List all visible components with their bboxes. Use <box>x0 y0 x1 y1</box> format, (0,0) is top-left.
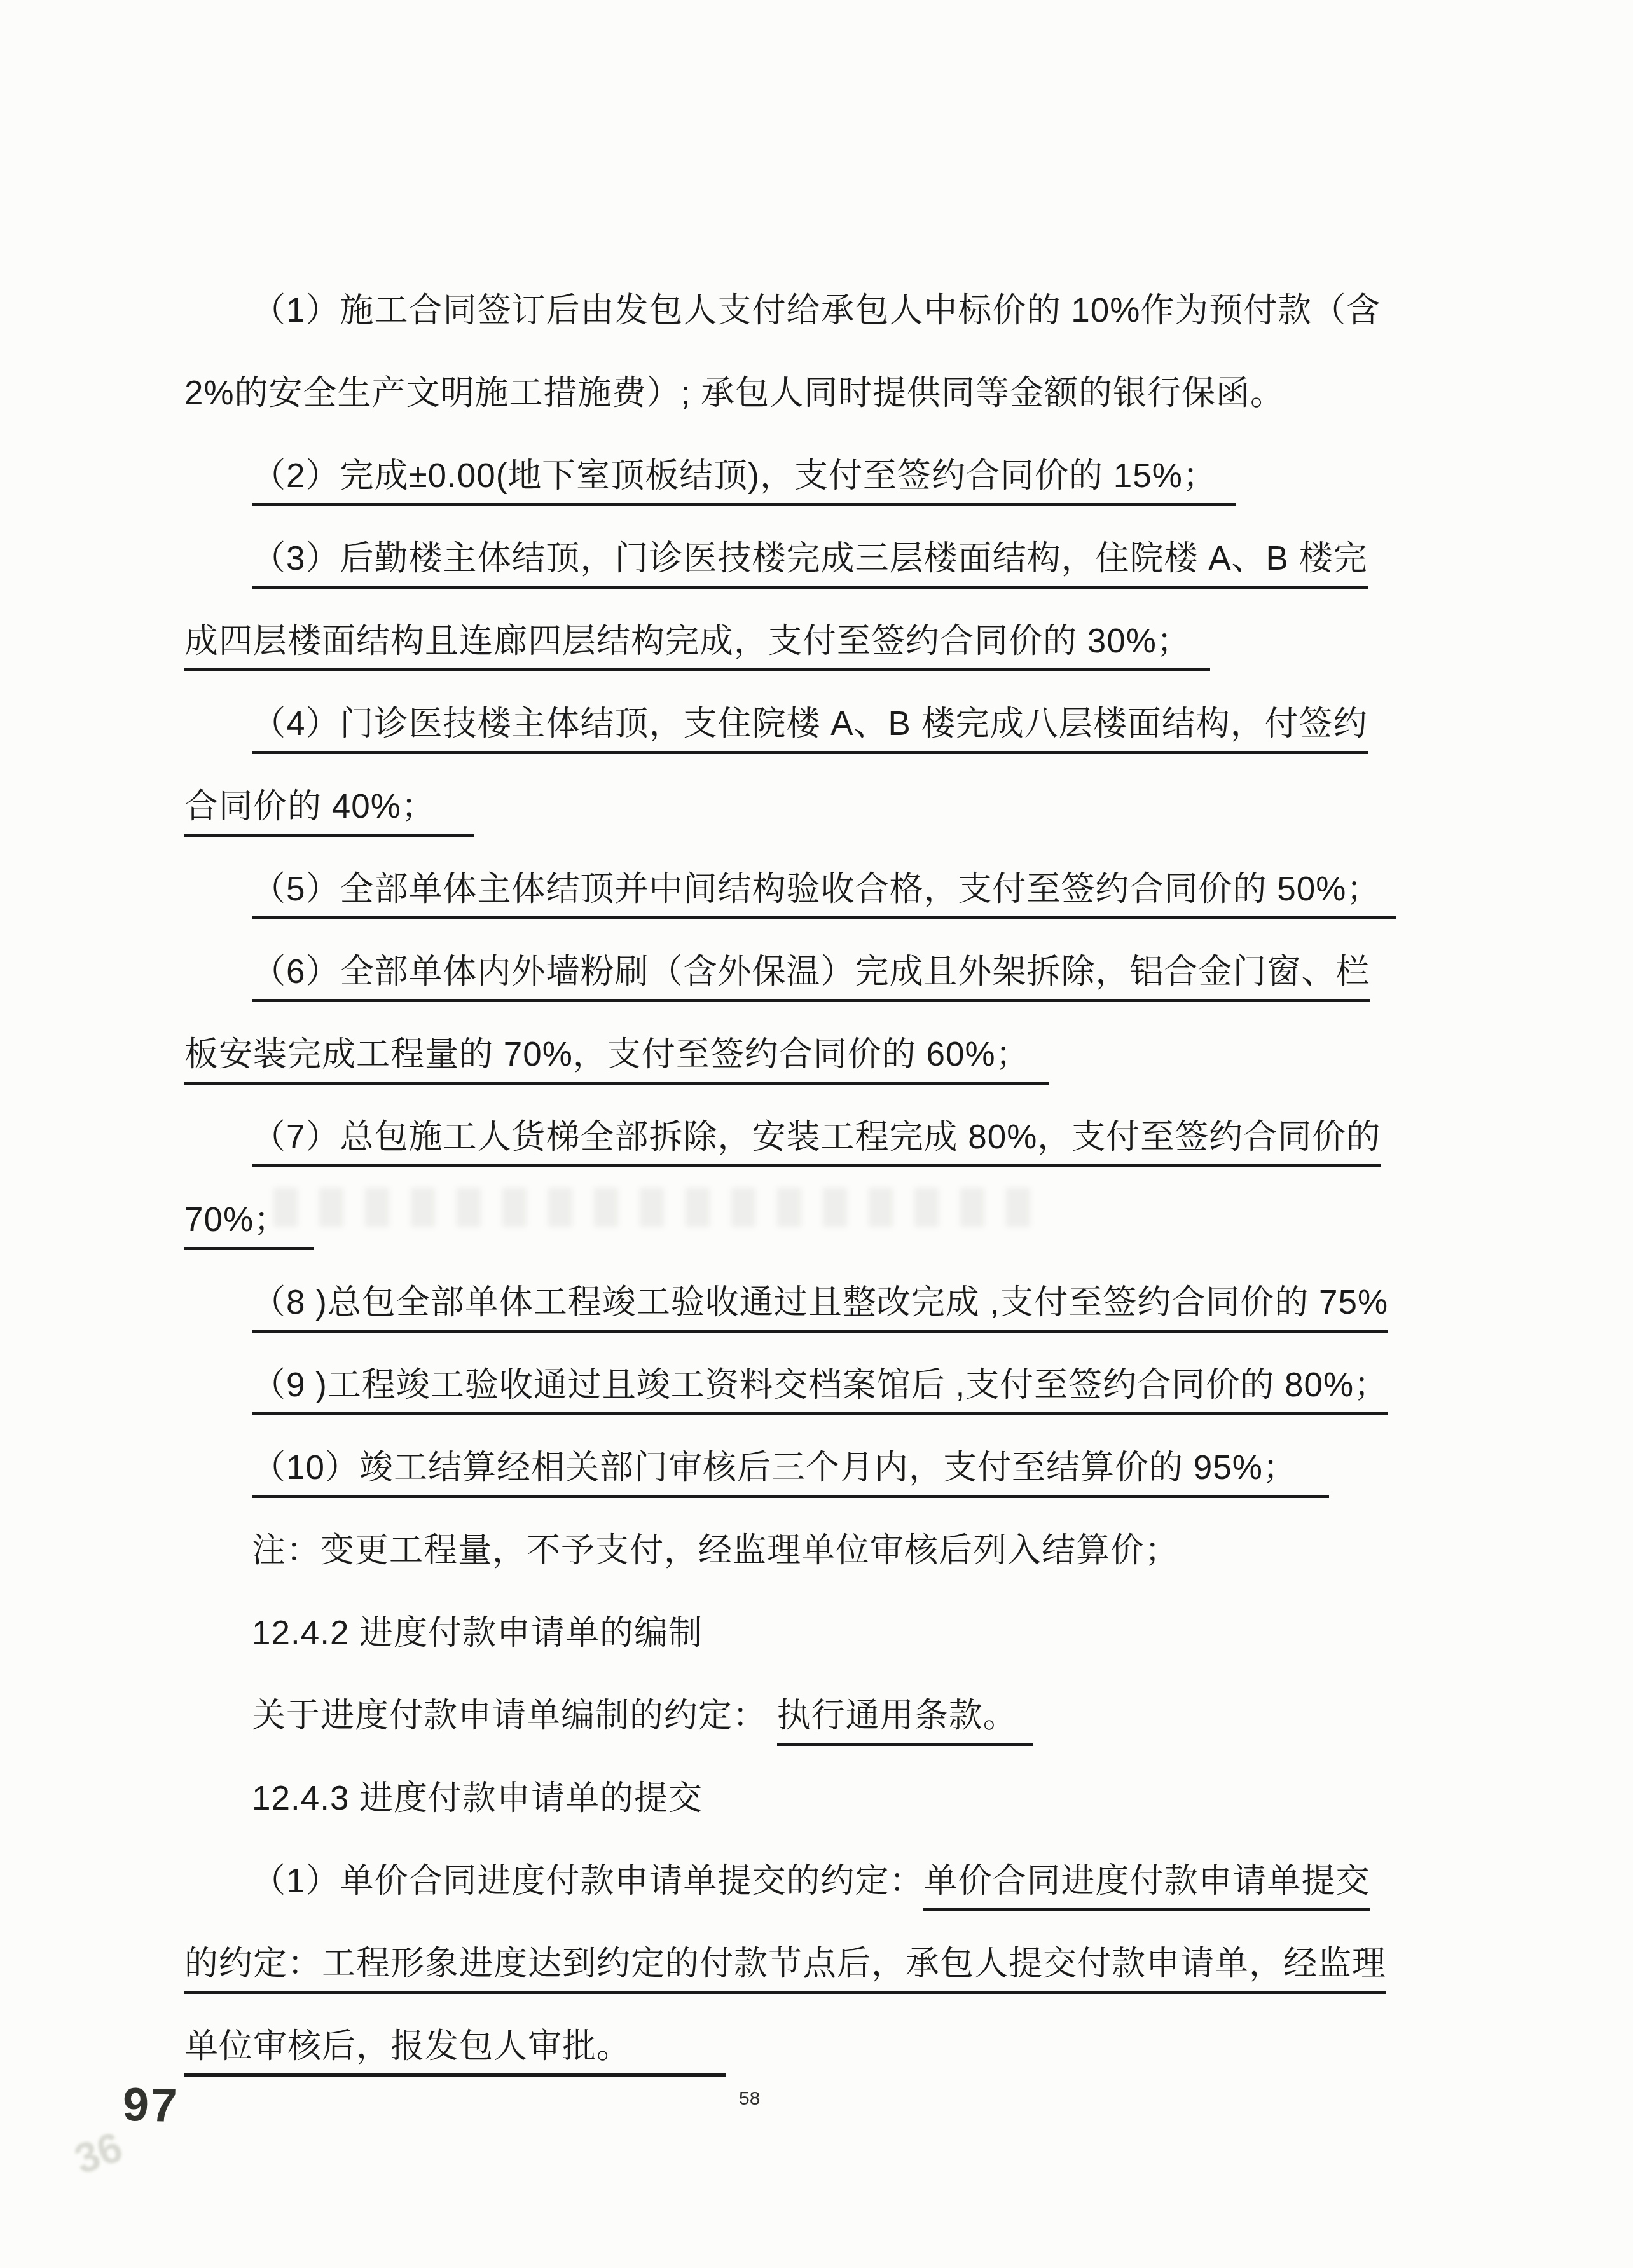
text-line: 70%； <box>184 1179 1485 1261</box>
text-segment: 12.4.2 进度付款申请单的编制 <box>252 1614 703 1652</box>
text-line: （1）施工合同签订后由发包人支付给承包人中标价的 10%作为预付款（含 <box>184 270 1485 352</box>
underlined-text: 执行通用条款。 <box>777 1697 1033 1746</box>
text-line: 12.4.2 进度付款申请单的编制 <box>184 1592 1485 1675</box>
underlined-text: （7）总包施工人货梯全部拆除，安装工程完成 80%，支付至签约合同价的 <box>252 1118 1381 1167</box>
page-stamp: 97 <box>122 2077 180 2133</box>
ghost-mark: 36 <box>68 2122 128 2184</box>
underlined-text: （3）后勤楼主体结顶，门诊医技楼完成三层楼面结构，住院楼 A、B 楼完 <box>252 540 1368 589</box>
text-segment: （1）单价合同进度付款申请单提交的约定： <box>252 1862 923 1900</box>
text-line: （4）门诊医技楼主体结顶，支住院楼 A、B 楼完成八层楼面结构，付签约 <box>184 683 1485 766</box>
underlined-text: 单位审核后，报发包人审批。 <box>184 2028 726 2077</box>
text-line: 单位审核后，报发包人审批。 <box>184 2005 1485 2088</box>
text-line: （10）竣工结算经相关部门审核后三个月内，支付至结算价的 95%； <box>184 1427 1485 1509</box>
document-body: （1）施工合同签订后由发包人支付给承包人中标价的 10%作为预付款（含2%的安全… <box>184 270 1485 2088</box>
text-line: 成四层楼面结构且连廊四层结构完成，支付至签约合同价的 30%； <box>184 600 1485 683</box>
text-line: 注：变更工程量，不予支付，经监理单位审核后列入结算价； <box>184 1509 1485 1592</box>
text-line: 的约定：工程形象进度达到约定的付款节点后，承包人提交付款申请单，经监理 <box>184 1923 1485 2005</box>
text-segment: 2%的安全生产文明施工措施费）; 承包人同时提供同等金额的银行保函。 <box>184 375 1285 412</box>
text-line: （3）后勤楼主体结顶，门诊医技楼完成三层楼面结构，住院楼 A、B 楼完 <box>184 518 1485 600</box>
text-line: 关于进度付款申请单编制的约定： 执行通用条款。 <box>184 1675 1485 1757</box>
text-line: 合同价的 40%； <box>184 766 1485 848</box>
text-line: （5）全部单体主体结顶并中间结构验收合格，支付至签约合同价的 50%； <box>184 848 1485 931</box>
text-line: （1）单价合同进度付款申请单提交的约定：单价合同进度付款申请单提交 <box>184 1840 1485 1923</box>
underlined-text: （4）门诊医技楼主体结顶，支住院楼 A、B 楼完成八层楼面结构，付签约 <box>252 705 1368 754</box>
text-segment: 注：变更工程量，不予支付，经监理单位审核后列入结算价； <box>252 1532 1179 1569</box>
text-line: （6）全部单体内外墙粉刷（含外保温）完成且外架拆除，铝合金门窗、栏 <box>184 931 1485 1014</box>
underlined-text: （6）全部单体内外墙粉刷（含外保温）完成且外架拆除，铝合金门窗、栏 <box>252 953 1370 1002</box>
underlined-text: 单价合同进度付款申请单提交 <box>923 1862 1370 1911</box>
page-number: 58 <box>739 2088 760 2110</box>
underlined-text: （10）竣工结算经相关部门审核后三个月内，支付至结算价的 95%； <box>252 1449 1329 1498</box>
text-line: 2%的安全生产文明施工措施费）; 承包人同时提供同等金额的银行保函。 <box>184 352 1485 435</box>
text-segment: 关于进度付款申请单编制的约定： <box>252 1697 777 1735</box>
underlined-text: （2）完成±0.00(地下室顶板结顶)，支付至签约合同价的 15%； <box>252 457 1236 506</box>
text-segment: （1）施工合同签订后由发包人支付给承包人中标价的 10%作为预付款（含 <box>252 292 1381 329</box>
underlined-text: 合同价的 40%； <box>184 788 474 837</box>
text-segment: 12.4.3 进度付款申请单的提交 <box>252 1780 703 1817</box>
text-line: 板安装完成工程量的 70%，支付至签约合同价的 60%； <box>184 1014 1485 1096</box>
underlined-text: 成四层楼面结构且连廊四层结构完成，支付至签约合同价的 30%； <box>184 622 1210 671</box>
underlined-text: 70%； <box>184 1201 314 1250</box>
underlined-text: （5）全部单体主体结顶并中间结构验收合格，支付至签约合同价的 50%； <box>252 870 1396 919</box>
text-line: （8 )总包全部单体工程竣工验收通过且整改完成 ,支付至签约合同价的 75% <box>184 1261 1485 1344</box>
underlined-text: （9 )工程竣工验收通过且竣工资料交档案馆后 ,支付至签约合同价的 80%； <box>252 1366 1388 1415</box>
underlined-text: 板安装完成工程量的 70%，支付至签约合同价的 60%； <box>184 1036 1049 1085</box>
scanned-contract-page: （1）施工合同签订后由发包人支付给承包人中标价的 10%作为预付款（含2%的安全… <box>0 0 1633 2268</box>
text-line: 12.4.3 进度付款申请单的提交 <box>184 1757 1485 1840</box>
text-line: （2）完成±0.00(地下室顶板结顶)，支付至签约合同价的 15%； <box>184 435 1485 518</box>
underlined-text: （8 )总包全部单体工程竣工验收通过且整改完成 ,支付至签约合同价的 75% <box>252 1284 1388 1333</box>
underlined-text: 的约定：工程形象进度达到约定的付款节点后，承包人提交付款申请单，经监理 <box>184 1945 1386 1994</box>
text-line: （9 )工程竣工验收通过且竣工资料交档案馆后 ,支付至签约合同价的 80%； <box>184 1344 1485 1427</box>
text-line: （7）总包施工人货梯全部拆除，安装工程完成 80%，支付至签约合同价的 <box>184 1096 1485 1179</box>
